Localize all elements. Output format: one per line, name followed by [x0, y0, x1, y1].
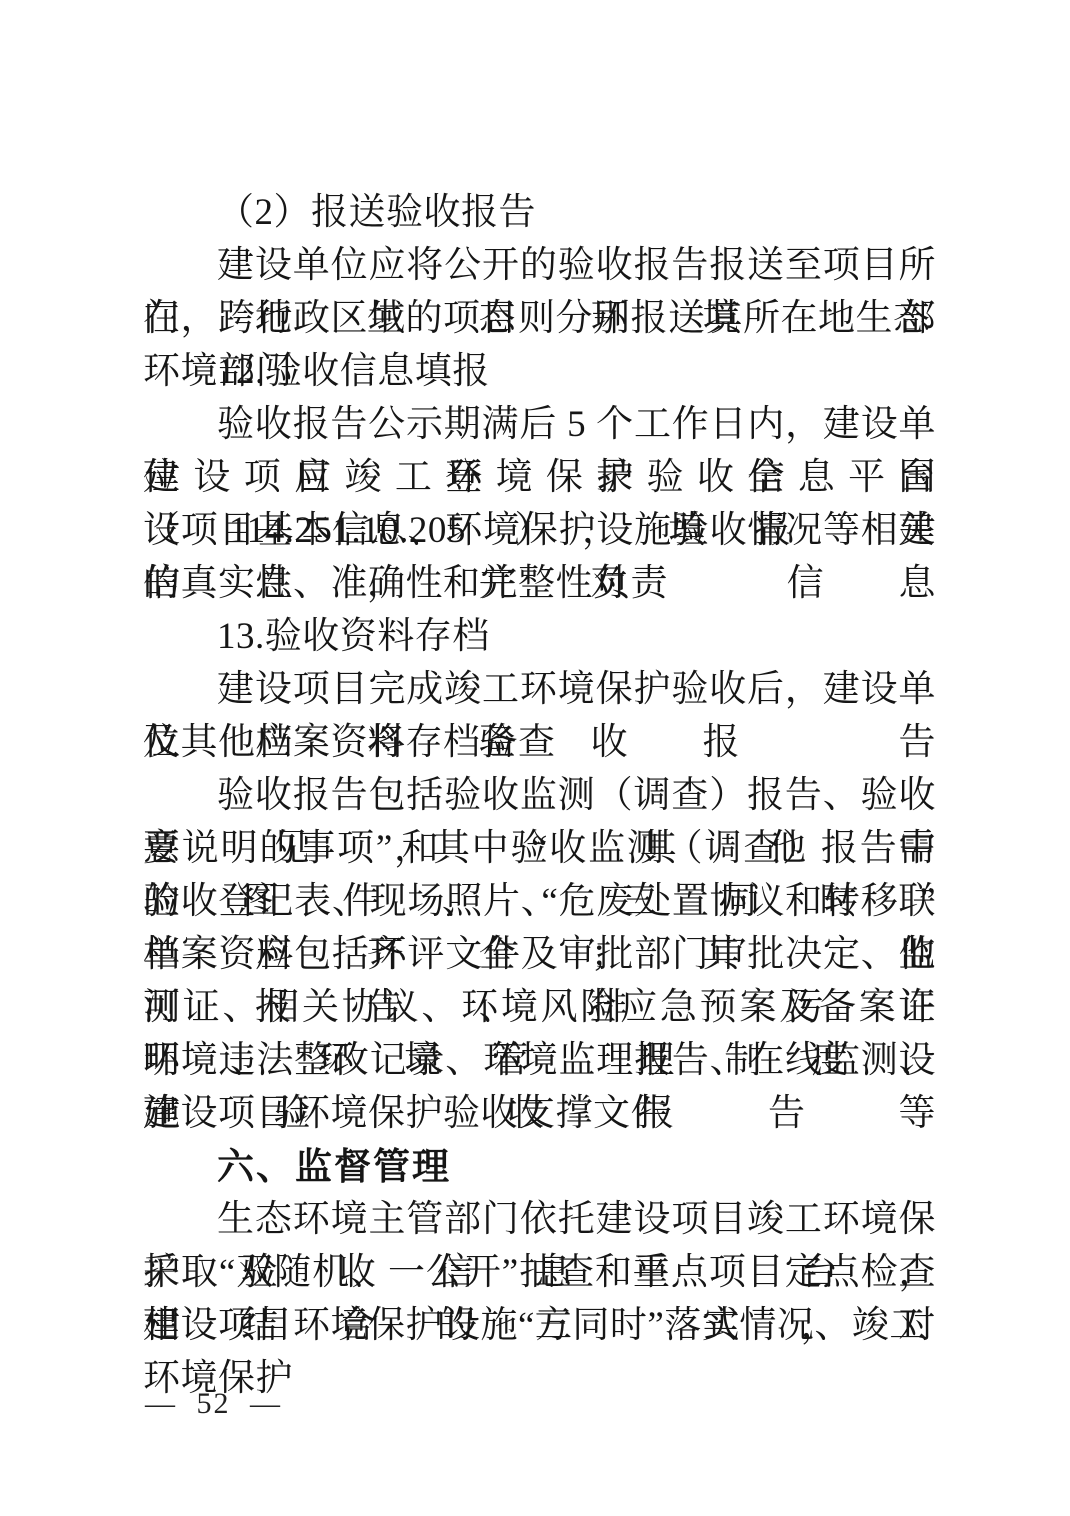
document-body: （2）报送验收报告 建设单位应将公开的验收报告报送至项目所在地生态环境 部 门，…	[143, 186, 936, 1352]
text-line: 档案资料包括环评文件及审批部门审批决定、监测报告、排 污许	[143, 928, 936, 981]
text-line: 环境违法整改记录、环境监理报告、在线监测设施验 收报告等	[143, 1034, 936, 1087]
text-line: 采取“双随机、一公开”抽查和重点项目定点检查相结合的方 式，对	[143, 1246, 936, 1299]
text-line: 要说明的事项”，其中验收监测（调查）报告中的图件、“三同时”	[143, 822, 936, 875]
text-line: 验收登记表、现场照片、危废处置协议和转移联单应齐全；其 他	[143, 875, 936, 928]
text-line: 建设项目完成竣工环境保护验收后，建设单位应将验收报 告	[143, 663, 936, 716]
text-line: 验收报告包括验收监测（调查）报告、验收意见和“其他需	[143, 769, 936, 822]
text-line: 设项目基本信息、环境保护设施验收情况等相关信息，并对 信息	[143, 504, 936, 557]
text-line: 建设项目环境保护设施“三同时”落实情况、竣工环境保护	[143, 1299, 936, 1352]
list-item-heading-13: 13.验收资料存档	[143, 610, 936, 663]
section-heading: 六、监督管理	[143, 1140, 936, 1193]
text-line: 验收报告公示期满后 5 个工作日内，建设单位应登录全国	[143, 398, 936, 451]
text-line: 建设单位应将公开的验收报告报送至项目所在地生态环境 部	[143, 239, 936, 292]
text-line: 建设项目竣工环境保护验收信息平台（114.251.10.205），填报 建	[143, 451, 936, 504]
page-number: — 52 —	[145, 1386, 282, 1422]
document-page: （2）报送验收报告 建设单位应将公开的验收报告报送至项目所在地生态环境 部 门，…	[0, 0, 1070, 1516]
text-line: 门，跨行政区域的项目则分别报送其所在地生态环境部门	[143, 292, 936, 345]
text-line: 可证、相关协议、环境风险应急预案及备案证明、环境管 理制度、	[143, 981, 936, 1034]
text-line: （2）报送验收报告	[143, 186, 936, 239]
text-line: 生态环境主管部门依托建设项目竣工环境保护验收信息平 台，	[143, 1193, 936, 1246]
list-item-heading-12: 12.验收信息填报	[143, 345, 936, 398]
